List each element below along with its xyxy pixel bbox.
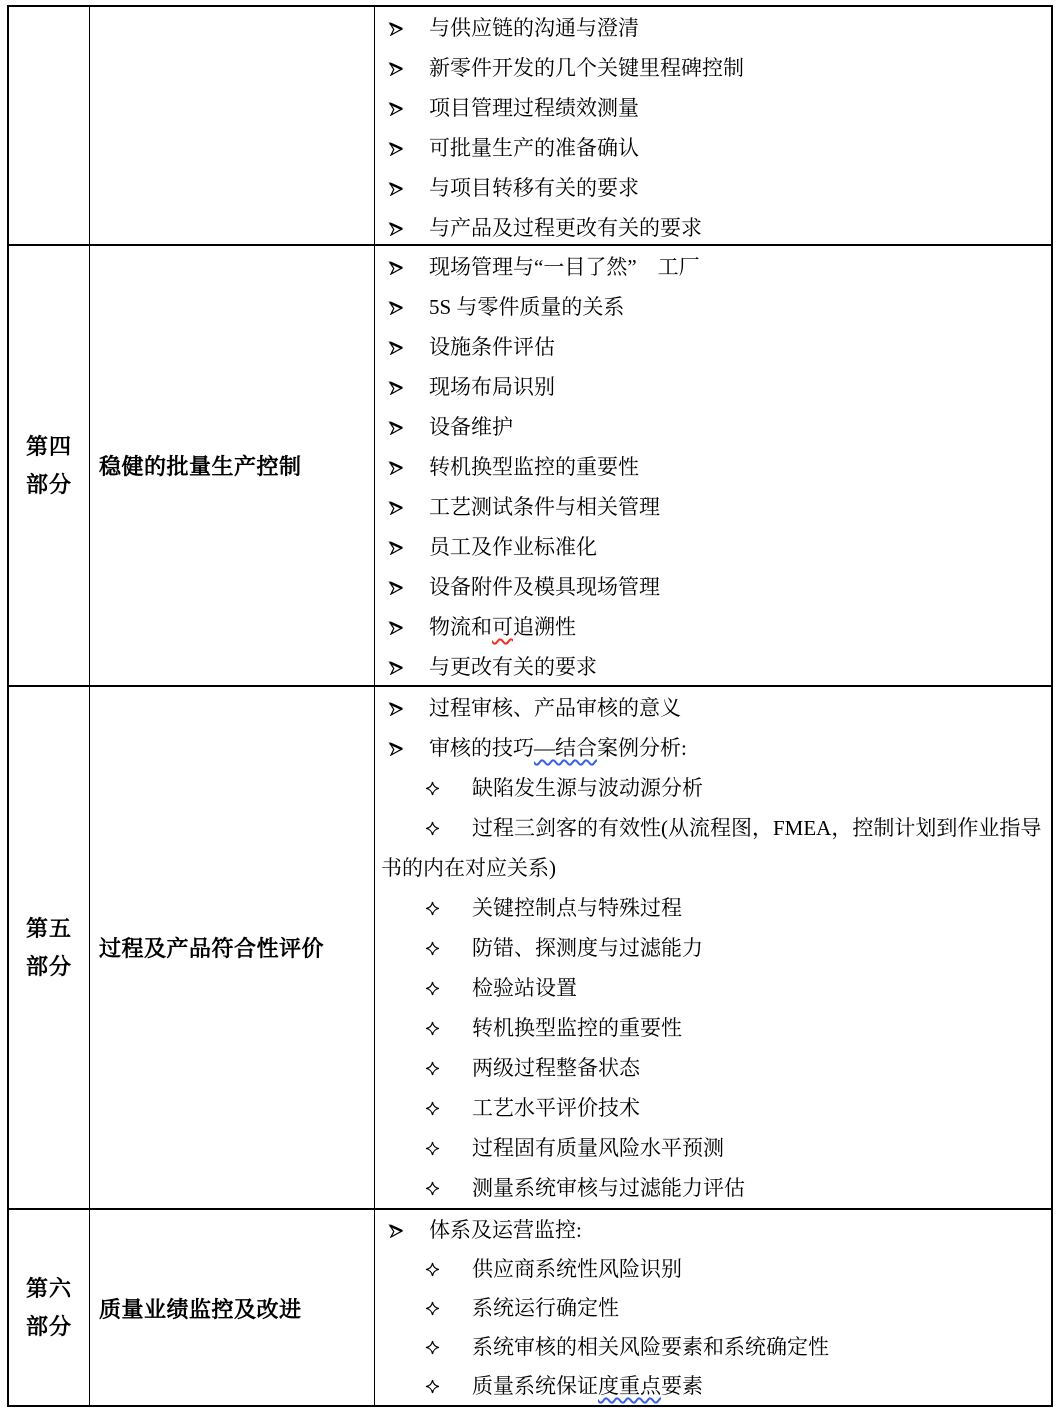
- arrow-bullet-icon: [381, 607, 429, 647]
- arrow-bullet-icon: [381, 728, 429, 768]
- arrow-bullet-icon: [381, 327, 429, 367]
- diamond-bullet-icon: [381, 1048, 472, 1088]
- section-items-cell: 体系及运营监控:供应商系统性风险识别系统运行确定性系统审核的相关风险要素和系统确…: [375, 1210, 1051, 1406]
- item-text: 转机换型监控的重要性: [429, 455, 639, 479]
- item-text: 工艺测试条件与相关管理: [429, 495, 660, 519]
- arrow-bullet-icon: [381, 407, 429, 447]
- item-text: 供应商系统性风险识别: [472, 1257, 682, 1281]
- item-text: 过程固有质量风险水平预测: [472, 1136, 724, 1160]
- grammar-underline: 度重点: [598, 1374, 661, 1398]
- sub-bullet-item: 系统审核的相关风险要素和系统确定性: [381, 1328, 1047, 1367]
- item-text: 防错、探测度与过滤能力: [472, 936, 703, 960]
- section-items-cell: 现场管理与“一目了然” 工厂5S 与零件质量的关系设施条件评估现场布局识别设备维…: [375, 246, 1051, 685]
- item-text: 关键控制点与特殊过程: [472, 896, 682, 920]
- item-text: 与产品及过程更改有关的要求: [429, 216, 702, 240]
- section-title-cell: [90, 7, 375, 244]
- section-items-cell: 与供应链的沟通与澄清新零件开发的几个关键里程碑控制项目管理过程绩效测量可批量生产…: [375, 7, 1051, 244]
- grammar-underline: —结合: [534, 736, 597, 760]
- row-part-5: 第五 部分 过程及产品符合性评价 过程审核、产品审核的意义审核的技巧—结合案例分…: [9, 685, 1051, 1208]
- diamond-bullet-icon: [381, 928, 472, 968]
- sub-bullet-item: 两级过程整备状态: [381, 1048, 1047, 1088]
- arrow-bullet-icon: [381, 128, 429, 168]
- spellcheck-underline: 可: [492, 615, 513, 639]
- arrow-bullet-icon: [381, 447, 429, 487]
- arrow-bullet-icon: [381, 647, 429, 685]
- sub-bullet-item: 测量系统审核与过滤能力评估: [381, 1168, 1047, 1208]
- sub-bullet-item: 质量系统保证度重点要素: [381, 1367, 1047, 1406]
- section-title: 稳健的批量生产控制: [99, 450, 302, 481]
- diamond-bullet-icon: [381, 1008, 472, 1048]
- section-label-cell: 第五 部分: [9, 687, 90, 1208]
- item-text: 检验站设置: [472, 976, 577, 1000]
- item-text: 两级过程整备状态: [472, 1056, 640, 1080]
- bullet-item: 新零件开发的几个关键里程碑控制: [381, 48, 1047, 88]
- item-text: 工艺水平评价技术: [472, 1096, 640, 1120]
- bullet-item: 5S 与零件质量的关系: [381, 287, 1047, 327]
- item-text: 体系及运营监控:: [429, 1218, 582, 1242]
- arrow-bullet-icon: [381, 247, 429, 287]
- item-text: 与供应链的沟通与澄清: [429, 16, 639, 40]
- diamond-bullet-icon: [381, 1367, 472, 1406]
- arrow-bullet-icon: [381, 1211, 429, 1250]
- item-text: 设施条件评估: [429, 335, 555, 359]
- bullet-item: 设备附件及模具现场管理: [381, 567, 1047, 607]
- sub-bullet-item: 工艺水平评价技术: [381, 1088, 1047, 1128]
- item-text: 5S 与零件质量的关系: [429, 295, 624, 319]
- bullet-item: 现场布局识别: [381, 367, 1047, 407]
- item-text: 系统运行确定性: [472, 1296, 619, 1320]
- arrow-bullet-icon: [381, 88, 429, 128]
- item-text: 现场布局识别: [429, 375, 555, 399]
- sub-bullet-item: 检验站设置: [381, 968, 1047, 1008]
- diamond-bullet-icon: [381, 1289, 472, 1328]
- section-label: 第五 部分: [26, 910, 72, 986]
- diamond-bullet-icon: [381, 1328, 472, 1367]
- arrow-bullet-icon: [381, 527, 429, 567]
- section-title-cell: 过程及产品符合性评价: [90, 687, 375, 1208]
- course-outline-table: 与供应链的沟通与澄清新零件开发的几个关键里程碑控制项目管理过程绩效测量可批量生产…: [7, 5, 1053, 1407]
- item-text: 新零件开发的几个关键里程碑控制: [429, 56, 744, 80]
- item-text: 设备维护: [429, 415, 513, 439]
- section-label: 第六 部分: [26, 1270, 72, 1346]
- diamond-bullet-icon: [381, 808, 472, 848]
- item-text: 员工及作业标准化: [429, 535, 597, 559]
- item-text: 物流和可追溯性: [429, 615, 576, 639]
- item-text: 测量系统审核与过滤能力评估: [472, 1176, 745, 1200]
- section-title-cell: 质量业绩监控及改进: [90, 1210, 375, 1406]
- diamond-bullet-icon: [381, 768, 472, 808]
- bullet-item: 体系及运营监控:: [381, 1211, 1047, 1250]
- section-title: 质量业绩监控及改进: [99, 1293, 302, 1324]
- row-part-4: 第四 部分 稳健的批量生产控制 现场管理与“一目了然” 工厂5S 与零件质量的关…: [9, 244, 1051, 685]
- item-text: 与更改有关的要求: [429, 655, 597, 679]
- section-items-cell: 过程审核、产品审核的意义审核的技巧—结合案例分析:缺陷发生源与波动源分析过程三剑…: [375, 687, 1051, 1208]
- bullet-item: 设施条件评估: [381, 327, 1047, 367]
- bullet-item: 与产品及过程更改有关的要求: [381, 208, 1047, 244]
- section-label-cell: 第六 部分: [9, 1210, 90, 1406]
- bullet-item: 员工及作业标准化: [381, 527, 1047, 567]
- diamond-bullet-icon: [381, 1168, 472, 1208]
- diamond-bullet-icon: [381, 1128, 472, 1168]
- item-text: 转机换型监控的重要性: [472, 1016, 682, 1040]
- sub-bullet-item: 过程固有质量风险水平预测: [381, 1128, 1047, 1168]
- arrow-bullet-icon: [381, 48, 429, 88]
- diamond-bullet-icon: [381, 1250, 472, 1289]
- sub-bullet-item: 转机换型监控的重要性: [381, 1008, 1047, 1048]
- item-text: 审核的技巧—结合案例分析:: [429, 736, 687, 760]
- diamond-bullet-icon: [381, 968, 472, 1008]
- arrow-bullet-icon: [381, 688, 429, 728]
- bullet-item: 与更改有关的要求: [381, 647, 1047, 685]
- bullet-item: 项目管理过程绩效测量: [381, 88, 1047, 128]
- arrow-bullet-icon: [381, 208, 429, 244]
- arrow-bullet-icon: [381, 567, 429, 607]
- item-text: 质量系统保证度重点要素: [472, 1374, 703, 1398]
- item-text: 系统审核的相关风险要素和系统确定性: [472, 1335, 829, 1359]
- diamond-bullet-icon: [381, 1088, 472, 1128]
- sub-bullet-item: 系统运行确定性: [381, 1289, 1047, 1328]
- arrow-bullet-icon: [381, 367, 429, 407]
- row-continuation: 与供应链的沟通与澄清新零件开发的几个关键里程碑控制项目管理过程绩效测量可批量生产…: [9, 7, 1051, 244]
- item-text: 可批量生产的准备确认: [429, 136, 639, 160]
- bullet-item: 可批量生产的准备确认: [381, 128, 1047, 168]
- section-title: 过程及产品符合性评价: [99, 932, 324, 963]
- bullet-item: 转机换型监控的重要性: [381, 447, 1047, 487]
- item-text: 项目管理过程绩效测量: [429, 96, 639, 120]
- bullet-item: 与供应链的沟通与澄清: [381, 8, 1047, 48]
- sub-bullet-item: 供应商系统性风险识别: [381, 1250, 1047, 1289]
- bullet-item: 与项目转移有关的要求: [381, 168, 1047, 208]
- section-label-cell: 第四 部分: [9, 246, 90, 685]
- sub-bullet-item: 防错、探测度与过滤能力: [381, 928, 1047, 968]
- item-text: 过程审核、产品审核的意义: [429, 696, 681, 720]
- bullet-item: 审核的技巧—结合案例分析:: [381, 728, 1047, 768]
- section-label: 第四 部分: [26, 428, 72, 504]
- bullet-item: 过程审核、产品审核的意义: [381, 688, 1047, 728]
- bullet-item: 设备维护: [381, 407, 1047, 447]
- section-title-cell: 稳健的批量生产控制: [90, 246, 375, 685]
- arrow-bullet-icon: [381, 487, 429, 527]
- sub-bullet-item: 缺陷发生源与波动源分析: [381, 768, 1047, 808]
- item-text: 过程三剑客的有效性(从流程图，FMEA，控制计划到作业指导书的内在对应关系): [381, 816, 1041, 880]
- section-label-cell: [9, 7, 90, 244]
- bullet-item: 现场管理与“一目了然” 工厂: [381, 247, 1047, 287]
- arrow-bullet-icon: [381, 168, 429, 208]
- item-text: 缺陷发生源与波动源分析: [472, 776, 703, 800]
- bullet-item: 工艺测试条件与相关管理: [381, 487, 1047, 527]
- item-text: 与项目转移有关的要求: [429, 176, 639, 200]
- bullet-item: 物流和可追溯性: [381, 607, 1047, 647]
- arrow-bullet-icon: [381, 287, 429, 327]
- row-part-6: 第六 部分 质量业绩监控及改进 体系及运营监控:供应商系统性风险识别系统运行确定…: [9, 1208, 1051, 1406]
- sub-bullet-item: 过程三剑客的有效性(从流程图，FMEA，控制计划到作业指导书的内在对应关系): [381, 808, 1047, 888]
- item-text: 现场管理与“一目了然” 工厂: [429, 255, 700, 279]
- sub-bullet-item: 关键控制点与特殊过程: [381, 888, 1047, 928]
- item-text: 设备附件及模具现场管理: [429, 575, 660, 599]
- diamond-bullet-icon: [381, 888, 472, 928]
- arrow-bullet-icon: [381, 8, 429, 48]
